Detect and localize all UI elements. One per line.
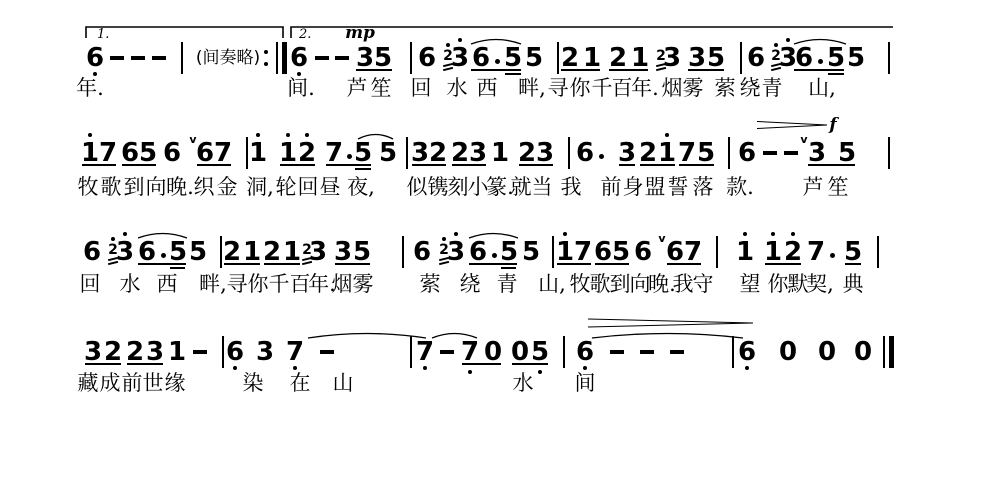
note: 5 bbox=[838, 140, 856, 166]
note: 3 bbox=[663, 45, 681, 71]
augmentation-dot bbox=[347, 154, 352, 159]
lyric-syllable: 萦 bbox=[420, 272, 441, 296]
lyric-syllable: 千 bbox=[269, 272, 290, 296]
octave-dot-high bbox=[454, 232, 458, 236]
note: 3 bbox=[447, 239, 465, 265]
lyric-syllable: 回 bbox=[298, 175, 319, 199]
sustain-dash bbox=[335, 56, 349, 60]
beam-underline bbox=[122, 164, 156, 166]
lyric-syllable: 刻 bbox=[448, 175, 469, 199]
lyric-syllable: 晚. bbox=[166, 175, 194, 199]
note: 2 bbox=[784, 239, 802, 265]
note: 6 bbox=[86, 45, 104, 71]
lyric-syllable: 织 bbox=[194, 175, 215, 199]
note: 7 bbox=[416, 339, 434, 365]
beam-underline bbox=[595, 263, 629, 265]
lyric-syllable: 畔, bbox=[518, 76, 546, 100]
note: 0 bbox=[511, 339, 529, 365]
note: 7 bbox=[807, 239, 825, 265]
octave-dot-high bbox=[123, 232, 127, 236]
lyric-syllable: 绕 bbox=[460, 272, 481, 296]
beam-underline bbox=[845, 263, 861, 265]
barline bbox=[410, 336, 412, 368]
note: 0 bbox=[818, 339, 836, 365]
barline bbox=[246, 137, 248, 169]
note: 2 bbox=[223, 239, 241, 265]
note: 6 bbox=[472, 45, 490, 71]
octave-dot-high bbox=[442, 237, 446, 241]
beam-underline bbox=[412, 164, 446, 166]
beam-underline bbox=[471, 69, 521, 71]
note: 7 bbox=[684, 239, 702, 265]
note: 3 bbox=[116, 239, 134, 265]
note: 6 bbox=[83, 239, 101, 265]
note: 1 bbox=[283, 239, 301, 265]
note: 6 bbox=[413, 239, 431, 265]
augmentation-dot bbox=[495, 59, 500, 64]
lyric-syllable: 前 bbox=[601, 175, 622, 199]
lyric-syllable: 守 bbox=[693, 272, 714, 296]
beam-underline bbox=[679, 164, 714, 166]
lyric-syllable: 烟 bbox=[332, 272, 353, 296]
note: 7 bbox=[678, 140, 696, 166]
note: 5 bbox=[500, 239, 518, 265]
note: 5 bbox=[189, 239, 207, 265]
lyric-syllable: 你 bbox=[248, 272, 269, 296]
note: 2 bbox=[429, 140, 447, 166]
note: 5 bbox=[374, 45, 392, 71]
lyric-syllable: 回 bbox=[80, 272, 101, 296]
beam-underline bbox=[82, 164, 116, 166]
note: 6 bbox=[634, 239, 652, 265]
note: 3 bbox=[688, 45, 706, 71]
barline bbox=[888, 137, 890, 169]
lyric-syllable: 笙 bbox=[828, 175, 849, 199]
note: 3 bbox=[356, 45, 374, 71]
octave-dot-high bbox=[446, 43, 450, 47]
volta-label: 1. bbox=[97, 28, 109, 41]
lyric-syllable: 青 bbox=[762, 76, 783, 100]
lyric-syllable: 誓 bbox=[668, 175, 689, 199]
lyric-syllable: 契, bbox=[806, 272, 834, 296]
note: 1 bbox=[168, 339, 186, 365]
note: 5 bbox=[379, 140, 397, 166]
note: 5 bbox=[697, 140, 715, 166]
dynamic-marking: mp bbox=[345, 25, 375, 42]
lyric-syllable: 间 bbox=[575, 371, 596, 395]
lyric-syllable: 千 bbox=[592, 76, 613, 100]
augmentation-dot bbox=[830, 253, 835, 258]
lyric-syllable: 镌 bbox=[428, 175, 449, 199]
beam-underline bbox=[512, 363, 548, 365]
augmentation-dot bbox=[492, 253, 497, 258]
barline bbox=[732, 336, 734, 368]
note: 3 bbox=[84, 339, 102, 365]
beam-underline bbox=[557, 263, 591, 265]
final-thick-barline bbox=[889, 336, 894, 368]
beam-underline bbox=[561, 69, 600, 71]
barline bbox=[563, 336, 565, 368]
lyric-syllable: 就 bbox=[511, 175, 532, 199]
lyric-syllable: 芦 bbox=[347, 76, 368, 100]
beam-underline bbox=[794, 69, 844, 71]
barline bbox=[877, 236, 879, 268]
barline bbox=[406, 137, 408, 169]
beam-underline bbox=[519, 164, 553, 166]
lyric-syllable: 芦 bbox=[803, 175, 824, 199]
octave-dot-low bbox=[423, 366, 427, 370]
note: 5 bbox=[612, 239, 630, 265]
note: 3 bbox=[618, 140, 636, 166]
lyric-syllable: 雾 bbox=[353, 272, 374, 296]
barline bbox=[568, 137, 570, 169]
note: 1 bbox=[243, 239, 261, 265]
note: 6 bbox=[738, 140, 756, 166]
beam-underline bbox=[808, 164, 855, 166]
note: 6 bbox=[469, 239, 487, 265]
lyric-syllable: 牧 bbox=[78, 175, 99, 199]
lyric-syllable: 成 bbox=[100, 371, 121, 395]
repeat-thick-barline bbox=[282, 42, 287, 74]
lyric-syllable: 盟 bbox=[645, 175, 666, 199]
barline bbox=[552, 236, 554, 268]
breath-mark: v bbox=[658, 233, 665, 244]
note: 6 bbox=[226, 339, 244, 365]
note: 1 bbox=[658, 140, 676, 166]
note: 6 bbox=[738, 339, 756, 365]
lyric-syllable: 落 bbox=[693, 175, 714, 199]
lyric-syllable: 西 bbox=[477, 76, 498, 100]
beam-underline bbox=[326, 164, 371, 166]
lyric-syllable: 到 bbox=[610, 272, 631, 296]
octave-dot-high bbox=[88, 133, 92, 137]
octave-dot-low bbox=[468, 370, 472, 374]
sustain-dash bbox=[320, 350, 334, 354]
lyric-syllable: 望 bbox=[740, 272, 761, 296]
lyric-syllable: 牧 bbox=[570, 272, 591, 296]
note: 0 bbox=[854, 339, 872, 365]
barline bbox=[888, 42, 890, 74]
note: 6 bbox=[795, 45, 813, 71]
lyric-syllable: 在 bbox=[290, 371, 311, 395]
note: 2 bbox=[609, 45, 627, 71]
octave-dot-high bbox=[458, 38, 462, 42]
note: 3 bbox=[451, 45, 469, 71]
note: 6 bbox=[576, 339, 594, 365]
lyric-syllable: 藏 bbox=[78, 371, 99, 395]
sustain-dash bbox=[193, 350, 207, 354]
note: 3 bbox=[411, 140, 429, 166]
barline bbox=[740, 42, 742, 74]
sustain-dash bbox=[152, 56, 166, 60]
note: 5 bbox=[353, 239, 371, 265]
note: 5 bbox=[827, 45, 845, 71]
lyric-syllable: 笙 bbox=[371, 76, 392, 100]
barline bbox=[402, 236, 404, 268]
sustain-dash bbox=[640, 350, 654, 354]
octave-dot-low bbox=[583, 366, 587, 370]
sheet-music-page: 6(间奏略)63562365521212335623655mp年.间.芦笙回水西… bbox=[0, 0, 981, 477]
lyric-syllable: 水 bbox=[513, 371, 534, 395]
lyric-syllable: 染 bbox=[243, 371, 264, 395]
octave-dot-high bbox=[743, 232, 747, 236]
lyric-syllable: 歌 bbox=[590, 272, 611, 296]
lyric-syllable: 轮 bbox=[276, 175, 297, 199]
augmentation-dot bbox=[161, 253, 166, 258]
note: 5 bbox=[844, 239, 862, 265]
note: 2 bbox=[561, 45, 579, 71]
octave-dot-high bbox=[305, 133, 309, 137]
breath-mark: v bbox=[800, 134, 807, 145]
lyric-syllable: 似 bbox=[407, 175, 428, 199]
lyric-syllable: 水 bbox=[447, 76, 468, 100]
barline bbox=[716, 236, 718, 268]
volta-label: 2. bbox=[299, 28, 311, 41]
note: 2 bbox=[126, 339, 144, 365]
lyric-syllable: 世 bbox=[143, 371, 164, 395]
octave-dot-high bbox=[774, 43, 778, 47]
note: 7 bbox=[325, 140, 343, 166]
barline bbox=[222, 336, 224, 368]
lyric-syllable: 绕 bbox=[740, 76, 761, 100]
note: 5 bbox=[847, 45, 865, 71]
beam-underline bbox=[609, 69, 648, 71]
lyric-syllable: 向 bbox=[146, 175, 167, 199]
lyric-syllable: 缘 bbox=[165, 371, 186, 395]
lyric-syllable: 前 bbox=[122, 371, 143, 395]
barline bbox=[181, 42, 183, 74]
note: 6 bbox=[138, 239, 156, 265]
note: 6 bbox=[290, 45, 308, 71]
note: 0 bbox=[779, 339, 797, 365]
score-area: 6(间奏略)63562365521212335623655mp年.间.芦笙回水西… bbox=[0, 0, 981, 477]
note: 7 bbox=[461, 339, 479, 365]
note: 7 bbox=[99, 140, 117, 166]
beam-underline bbox=[462, 363, 501, 365]
interlude-text: (间奏略) bbox=[196, 46, 260, 70]
note: 3 bbox=[334, 239, 352, 265]
note: 3 bbox=[469, 140, 487, 166]
octave-dot-high bbox=[256, 133, 260, 137]
octave-dot-low bbox=[233, 366, 237, 370]
note: 1 bbox=[764, 239, 782, 265]
note: 2 bbox=[451, 140, 469, 166]
beam-underline bbox=[640, 164, 675, 166]
octave-dot-high bbox=[786, 38, 790, 42]
note: 6 bbox=[196, 140, 214, 166]
repeat-dot bbox=[264, 50, 268, 54]
note: 1 bbox=[279, 140, 297, 166]
note: 1 bbox=[583, 45, 601, 71]
note: 3 bbox=[309, 239, 327, 265]
note: 6 bbox=[594, 239, 612, 265]
note: 5 bbox=[169, 239, 187, 265]
beam-underline bbox=[224, 263, 260, 265]
lyric-syllable: 萦 bbox=[715, 76, 736, 100]
beam-underline bbox=[688, 69, 724, 71]
note: 1 bbox=[491, 140, 509, 166]
beam-underline bbox=[280, 164, 315, 166]
lyric-syllable: 当 bbox=[532, 175, 553, 199]
note: 1 bbox=[249, 140, 267, 166]
beam-underline bbox=[619, 164, 635, 166]
barline bbox=[557, 42, 559, 74]
lyric-syllable: 间. bbox=[287, 76, 315, 100]
note: 7 bbox=[286, 339, 304, 365]
beam-underline bbox=[765, 263, 801, 265]
augmentation-dot bbox=[599, 154, 604, 159]
barline bbox=[728, 137, 730, 169]
lyric-syllable: 你 bbox=[570, 76, 591, 100]
dynamic-marking: f bbox=[829, 117, 836, 134]
note: 6 bbox=[418, 45, 436, 71]
note: 5 bbox=[525, 45, 543, 71]
sustain-dash bbox=[670, 350, 684, 354]
note: 6 bbox=[747, 45, 765, 71]
note: 2 bbox=[263, 239, 281, 265]
octave-dot-high bbox=[563, 232, 567, 236]
note: 3 bbox=[146, 339, 164, 365]
octave-dot-low bbox=[538, 370, 542, 374]
beam-underline bbox=[828, 73, 844, 75]
lyric-syllable: 洞, bbox=[246, 175, 274, 199]
lyric-syllable: 金 bbox=[217, 175, 238, 199]
note: 6 bbox=[121, 140, 139, 166]
beam-underline bbox=[170, 267, 185, 269]
note: 3 bbox=[256, 339, 274, 365]
lyric-syllable: 烟 bbox=[662, 76, 683, 100]
beam-underline bbox=[127, 363, 163, 365]
lyric-syllable: 畔, bbox=[199, 272, 227, 296]
barline bbox=[410, 42, 412, 74]
beam-underline bbox=[667, 263, 701, 265]
octave-dot-high bbox=[665, 133, 669, 137]
lyric-syllable: 百 bbox=[612, 76, 633, 100]
note: 1 bbox=[556, 239, 574, 265]
final-thin-barline bbox=[883, 336, 885, 368]
note: 3 bbox=[536, 140, 554, 166]
beam-underline bbox=[469, 263, 517, 265]
repeat-thin-barline bbox=[276, 42, 278, 74]
note: 1 bbox=[81, 140, 99, 166]
barline bbox=[220, 236, 222, 268]
octave-dot-high bbox=[111, 237, 115, 241]
repeat-dot bbox=[264, 62, 268, 66]
beam-underline bbox=[85, 363, 121, 365]
beam-underline bbox=[452, 164, 486, 166]
lyric-syllable: 寻 bbox=[548, 76, 569, 100]
lyric-syllable: 青 bbox=[497, 272, 518, 296]
beam-underline bbox=[138, 263, 186, 265]
lyric-syllable: 山, bbox=[808, 76, 836, 100]
lyric-syllable: 寻 bbox=[227, 272, 248, 296]
note: 7 bbox=[574, 239, 592, 265]
octave-dot-high bbox=[771, 232, 775, 236]
lyric-syllable: 到 bbox=[124, 175, 145, 199]
lyric-syllable: 典 bbox=[843, 272, 864, 296]
octave-dot-low bbox=[745, 366, 749, 370]
beam-underline bbox=[335, 263, 370, 265]
beam-underline bbox=[505, 73, 521, 75]
note: 6 bbox=[163, 140, 181, 166]
beam-underline bbox=[356, 69, 392, 71]
note: 2 bbox=[298, 140, 316, 166]
note: 5 bbox=[522, 239, 540, 265]
sustain-dash bbox=[610, 350, 624, 354]
note: 2 bbox=[104, 339, 122, 365]
lyric-syllable: 我 bbox=[673, 272, 694, 296]
note: 1 bbox=[631, 45, 649, 71]
lyric-syllable: 你 bbox=[768, 272, 789, 296]
note: 2 bbox=[639, 140, 657, 166]
lyric-syllable: 款. bbox=[726, 175, 754, 199]
note: 3 bbox=[808, 140, 826, 166]
note: 5 bbox=[531, 339, 549, 365]
sustain-dash bbox=[131, 56, 145, 60]
lyric-syllable: 昼 bbox=[320, 175, 341, 199]
lyric-syllable: 歌 bbox=[101, 175, 122, 199]
sustain-dash bbox=[440, 350, 454, 354]
note: 5 bbox=[707, 45, 725, 71]
note: 2 bbox=[518, 140, 536, 166]
beam-underline bbox=[501, 267, 516, 269]
lyric-syllable: 我 bbox=[561, 175, 582, 199]
note: 7 bbox=[214, 140, 232, 166]
lyric-syllable: 水 bbox=[120, 272, 141, 296]
lyric-syllable: 身 bbox=[623, 175, 644, 199]
lyric-syllable: 年. bbox=[76, 76, 104, 100]
octave-dot-low bbox=[293, 366, 297, 370]
note: 5 bbox=[139, 140, 157, 166]
note: 5 bbox=[504, 45, 522, 71]
lyric-syllable: 夜, bbox=[347, 175, 375, 199]
beam-underline bbox=[355, 168, 371, 170]
sustain-dash bbox=[315, 56, 329, 60]
lyric-syllable: 回 bbox=[411, 76, 432, 100]
note: 6 bbox=[666, 239, 684, 265]
lyric-syllable: 山 bbox=[333, 371, 354, 395]
octave-dot-high bbox=[286, 133, 290, 137]
note: 0 bbox=[484, 339, 502, 365]
beam-underline bbox=[264, 263, 300, 265]
sustain-dash bbox=[763, 151, 777, 155]
note: 5 bbox=[354, 140, 372, 166]
sustain-dash bbox=[110, 56, 124, 60]
note: 6 bbox=[576, 140, 594, 166]
beam-underline bbox=[197, 164, 231, 166]
lyric-syllable: 山, bbox=[538, 272, 566, 296]
lyric-syllable: 年. bbox=[631, 76, 659, 100]
augmentation-dot bbox=[818, 59, 823, 64]
octave-dot-high bbox=[791, 232, 795, 236]
lyric-syllable: 雾 bbox=[683, 76, 704, 100]
note: 1 bbox=[736, 239, 754, 265]
sustain-dash bbox=[784, 151, 798, 155]
lyric-syllable: 西 bbox=[157, 272, 178, 296]
